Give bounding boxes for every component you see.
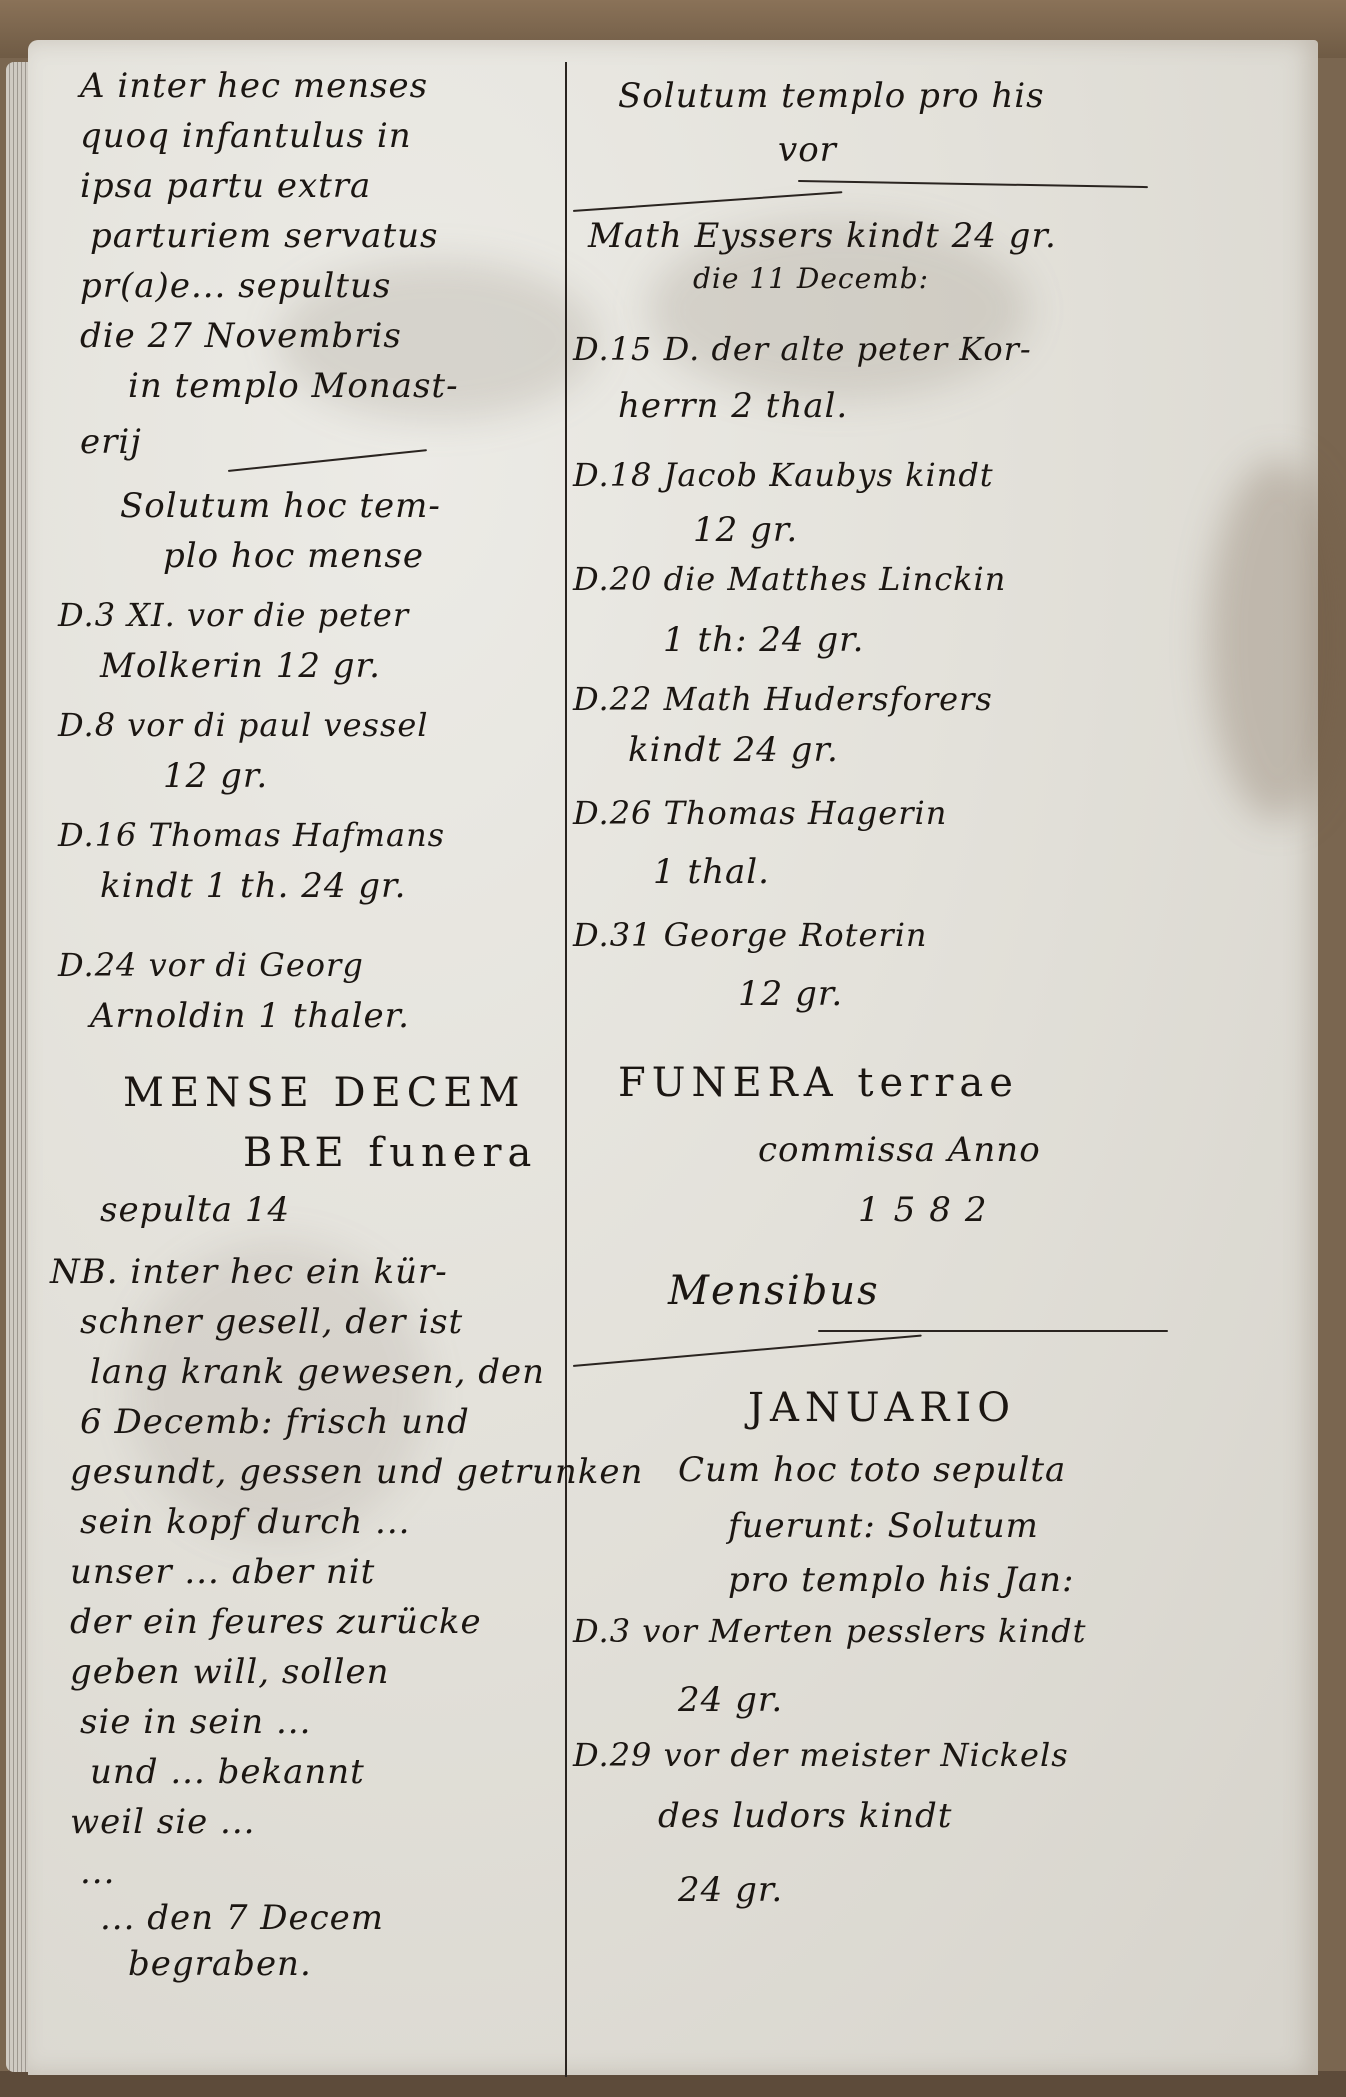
text-line: sie in sein ...: [80, 1702, 311, 1742]
entry-line: D.18 Jacob Kaubys kindt: [573, 456, 994, 494]
month-heading: JANUARIO: [748, 1385, 1016, 1431]
text-line: und ... bekannt: [90, 1752, 365, 1792]
flourish: [573, 1334, 922, 1366]
text-line: Cum hoc toto sepulta: [678, 1450, 1066, 1490]
entry-line: D.16 Thomas Hafmans: [58, 816, 445, 854]
entry-line: Math Eyssers kindt 24 gr.: [588, 216, 1057, 256]
month-heading: BRE funera: [243, 1130, 537, 1176]
text-line: Arnoldin 1 thaler.: [90, 996, 410, 1036]
text-line: schner gesell, der ist: [80, 1302, 463, 1342]
text-line: weil sie ...: [70, 1802, 255, 1842]
text-line: herrn 2 thal.: [618, 386, 848, 426]
text-line: pro templo his Jan:: [728, 1560, 1075, 1600]
text-line: quoq infantulus in: [80, 116, 412, 156]
text-line: begraben.: [128, 1944, 312, 1984]
text-line: des ludors kindt: [658, 1796, 952, 1836]
text-line: ...: [80, 1852, 115, 1892]
text-line: vor: [778, 130, 837, 170]
text-line: Solutum templo pro his: [618, 76, 1045, 116]
entry-line: D.8 vor di paul vessel: [58, 706, 429, 744]
text-line: A inter hec menses: [80, 66, 428, 106]
text-line: 24 gr.: [678, 1680, 783, 1720]
text-line: gesundt, gessen und getrunken: [70, 1452, 643, 1492]
flourish: [818, 1330, 1168, 1332]
text-line: 12 gr.: [738, 974, 843, 1014]
text-line: sepulta 14: [100, 1190, 290, 1230]
text-line: Mensibus: [668, 1268, 880, 1314]
month-heading: MENSE DECEM: [123, 1070, 526, 1116]
entry-line: D.26 Thomas Hagerin: [573, 794, 947, 832]
text-line: kindt 24 gr.: [628, 730, 839, 770]
entry-line: D.3 XI. vor die peter: [58, 596, 409, 634]
text-line: die 11 Decemb:: [693, 262, 929, 295]
entry-line: D.22 Math Hudersforers: [573, 680, 993, 718]
text-line: lang krank gewesen, den: [90, 1352, 545, 1392]
flourish: [573, 191, 842, 212]
text-line: 24 gr.: [678, 1870, 783, 1910]
text-line: Molkerin 12 gr.: [100, 646, 381, 686]
text-line: unser ... aber nit: [70, 1552, 375, 1592]
text-line: 12 gr.: [693, 510, 798, 550]
stain: [1208, 460, 1346, 820]
text-line: fuerunt: Solutum: [728, 1506, 1039, 1546]
year: 1582: [858, 1190, 1001, 1230]
text-line: NB. inter hec ein kür-: [50, 1252, 448, 1292]
column-divider: [565, 62, 567, 2077]
text-line: der ein feures zurücke: [70, 1602, 482, 1642]
text-line: geben will, sollen: [70, 1652, 390, 1692]
text-line: 1 th: 24 gr.: [663, 620, 864, 660]
text-line: kindt 1 th. 24 gr.: [100, 866, 406, 906]
entry-line: D.3 vor Merten pesslers kindt: [573, 1612, 1087, 1650]
entry-line: D.31 George Roterin: [573, 916, 928, 954]
text-line: 6 Decemb: frisch und: [80, 1402, 470, 1442]
text-line: Solutum hoc tem-: [120, 486, 441, 526]
entry-line: D.15 D. der alte peter Kor-: [573, 330, 1032, 368]
text-line: erij: [80, 422, 142, 462]
text-line: in templo Monast-: [128, 366, 459, 406]
text-line: parturiem servatus: [90, 216, 438, 256]
text-line: ... den 7 Decem: [100, 1898, 384, 1938]
flourish: [798, 180, 1148, 188]
text-line: sein kopf durch ...: [80, 1502, 410, 1542]
entry-line: D.24 vor di Georg: [58, 946, 364, 984]
entry-line: D.29 vor der meister Nickels: [573, 1736, 1069, 1774]
entry-line: D.20 die Matthes Linckin: [573, 560, 1006, 598]
text-line: plo hoc mense: [163, 536, 424, 576]
text-line: 1 thal.: [653, 852, 770, 892]
text-line: die 27 Novembris: [80, 316, 402, 356]
section-heading: FUNERA terrae: [618, 1060, 1019, 1106]
manuscript-page: A inter hec menses quoq infantulus in ip…: [28, 40, 1318, 2075]
text-line: ipsa partu extra: [80, 166, 371, 206]
text-line: commissa Anno: [758, 1130, 1041, 1170]
flourish: [228, 449, 427, 472]
text-line: 12 gr.: [163, 756, 268, 796]
text-line: pr(a)e... sepultus: [80, 266, 391, 306]
